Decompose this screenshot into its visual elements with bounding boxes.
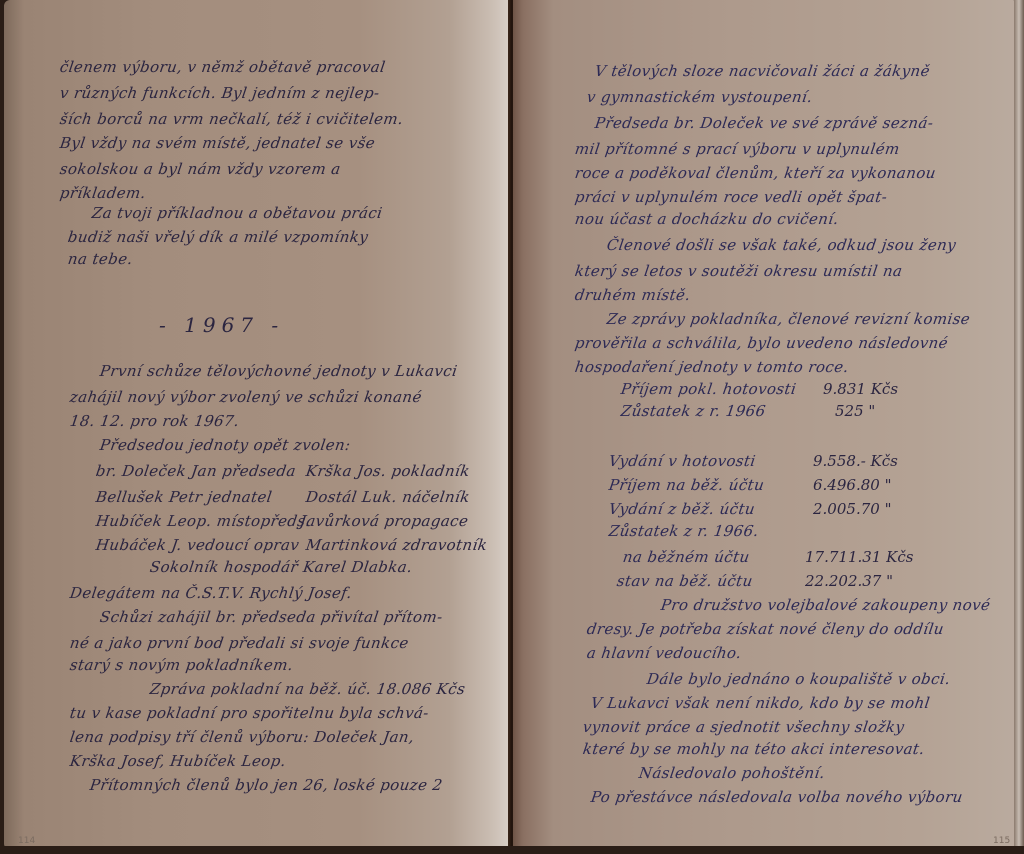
text-line: né a jako první bod předali si svoje fun… [69,634,410,652]
text-line: budiž naši vřelý dík a milé vzpomínky [67,228,370,246]
finance-label: Vydání z běž. účtu [608,500,757,518]
text-line: zahájil nový výbor zvolený ve schůzi kon… [69,388,423,406]
finance-label: Příjem na běž. účtu [608,476,766,494]
text-line: členem výboru, v němž obětavě pracoval [59,58,387,76]
committee-member: Hubíček Leop. místopředs. [95,512,312,530]
finance-amount: 2.005.70 " [813,500,891,518]
text-line: tu v kase pokladní pro spořitelnu byla s… [69,704,430,722]
committee-member: Hubáček J. vedoucí oprav [95,536,301,554]
finance-label: Zůstatek z r. 1966 [620,402,767,420]
text-line: Zpráva pokladní na běž. úč. 18.086 Kčs [149,680,467,698]
page-number: 114 [18,836,35,846]
committee-member: Krška Jos. pokladník [305,462,471,480]
finance-amount: 9.831 Kčs [823,380,898,398]
finance-amount: 17.711.31 Kčs [805,548,913,566]
text-line: Schůzi zahájil br. předseda přivítal pří… [99,608,444,626]
text-line: 18. 12. pro rok 1967. [69,412,241,430]
text-line: Pro družstvo volejbalové zakoupeny nové [660,596,992,614]
text-line: vynovit práce a sjednotit všechny složky [582,718,906,736]
text-line: lena podpisy tří členů výboru: Doleček J… [69,728,416,746]
committee-member: br. Doleček Jan předseda [95,462,297,480]
text-line: hospodaření jednoty v tomto roce. [574,358,850,376]
year-heading: - 1967 - [159,313,284,337]
text-line: druhém místě. [574,286,692,304]
finance-amount: 22.202.37 " [805,572,893,590]
text-line: Byl vždy na svém místě, jednatel se vše [59,134,377,152]
text-line: První schůze tělovýchovné jednoty v Luka… [99,362,459,380]
page-number: 115 [993,836,1010,846]
committee-member: Martinková zdravotník [305,536,489,554]
text-line: v různých funkcích. Byl jedním z nejlep- [59,84,381,102]
text-line: roce a poděkoval členům, kteří za vykona… [574,164,937,182]
text-line: Předsedou jednoty opět zvolen: [99,436,352,454]
text-line: Delegátem na Č.S.T.V. Rychlý Josef. [69,584,353,602]
text-line: v gymnastickém vystoupení. [586,88,814,106]
text-line: V tělových sloze nacvičovali žáci a žáky… [594,62,931,80]
committee-member: Bellušek Petr jednatel [95,488,274,506]
text-line: V Lukavci však není nikdo, kdo by se moh… [590,694,931,712]
finance-amount: 9.558.- Kčs [813,452,898,470]
committee-member: Dostál Luk. náčelník [305,488,471,506]
finance-label: Zůstatek z r. 1966. [608,522,760,540]
right-page: V tělových sloze nacvičovali žáci a žáky… [513,0,1019,848]
table-surface [0,846,1024,854]
text-line: Za tvoji příkladnou a obětavou práci [91,204,384,222]
text-line: Ze zprávy pokladníka, členové revizní ko… [606,310,972,328]
finance-amount: 525 " [835,402,875,420]
text-line: na tebe. [67,250,134,268]
text-line: práci v uplynulém roce vedli opět špat- [574,188,889,206]
text-line: příkladem. [59,184,147,202]
text-line: který se letos v soutěži okresu umístil … [574,262,904,280]
text-line: Po přestávce následovala volba nového vý… [590,788,964,806]
text-line: starý s novým pokladníkem. [69,656,295,674]
finance-label: na běžném účtu [622,548,751,566]
page-stack-edge [1014,0,1024,854]
text-line: Krška Josef, Hubíček Leop. [69,752,287,770]
text-line: Členové došli se však také, odkud jsou ž… [606,236,958,254]
open-book: členem výboru, v němž obětavě pracoval v… [0,0,1024,854]
text-line: prověřila a schválila, bylo uvedeno násl… [574,334,950,352]
text-line: Předseda br. Doleček ve své zprávě sezná… [594,114,935,132]
text-line: dresy. Je potřeba získat nové členy do o… [586,620,945,638]
finance-label: Vydání v hotovosti [608,452,757,470]
text-line: a hlavní vedoucího. [586,644,743,662]
committee-footer: Sokolník hospodář Karel Dlabka. [149,558,414,576]
text-line: mil přítomné s prací výboru v uplynulém [574,140,901,158]
text-line: Přítomných členů bylo jen 26, loské pouz… [89,776,444,794]
finance-amount: 6.496.80 " [813,476,891,494]
text-line: nou účast a docházku do cvičení. [574,210,840,228]
text-line: sokolskou a byl nám vždy vzorem a [59,160,342,178]
text-line: které by se mohly na této akci interesov… [582,740,926,758]
text-line: Následovalo pohoštění. [638,764,827,782]
left-page: členem výboru, v němž obětavě pracoval v… [4,0,510,848]
finance-label: stav na běž. účtu [616,572,754,590]
committee-member: Javůrková propagace [299,512,470,530]
finance-label: Příjem pokl. hotovosti [620,380,798,398]
text-line: Dále bylo jednáno o koupaliště v obci. [646,670,952,688]
text-line: ších borců na vrm nečkalí, též i cvičite… [59,110,405,128]
